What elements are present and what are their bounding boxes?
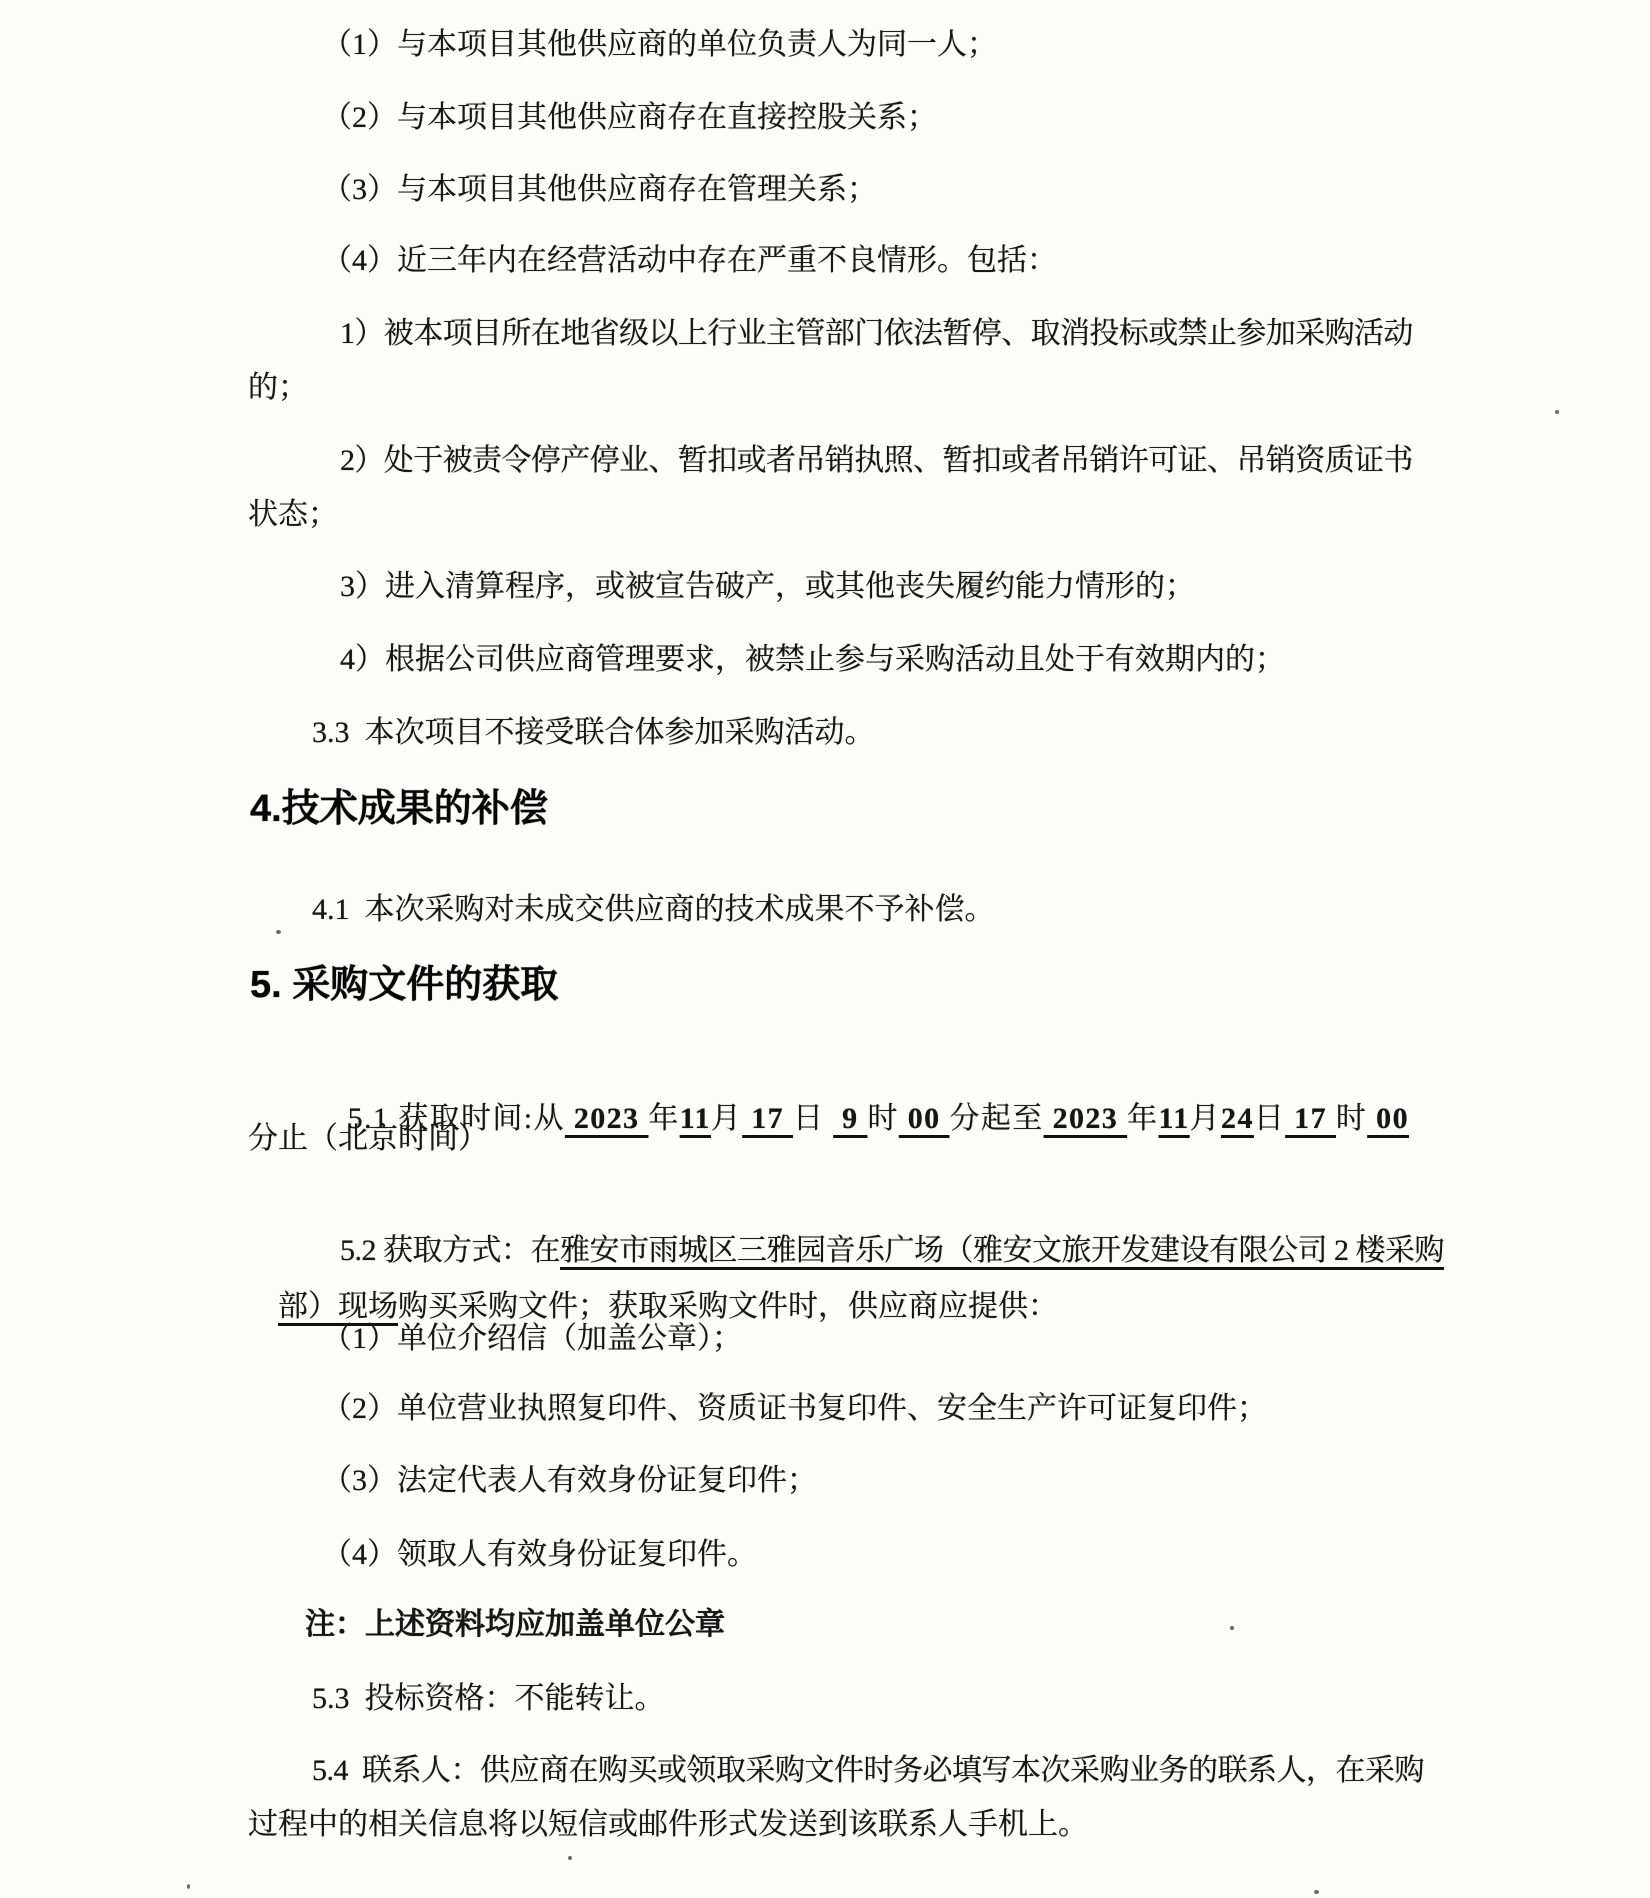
scan-speck	[276, 930, 281, 934]
clause-3-sub-item-2-line-1: 2）处于被责令停产停业、暂扣或者吊销执照、暂扣或者吊销许可证、吊销资质证书	[340, 442, 1413, 480]
blank-year-to: 2023	[1044, 1102, 1127, 1135]
blank-month-from: 11	[680, 1102, 711, 1135]
clause-3-list-item-2: （2）与本项目其他供应商存在直接控股关系；	[322, 99, 937, 137]
label-day-2: 日	[1254, 1102, 1285, 1135]
clause-5-4-line-1: 5.4 联系人：供应商在购买或领取采购文件时务必填写本次采购业务的联系人，在采购	[312, 1752, 1424, 1790]
label-month-2: 月	[1190, 1102, 1221, 1135]
scan-speck	[1230, 1626, 1234, 1630]
clause-3-sub-item-2-line-2: 状态；	[248, 496, 338, 534]
note-seal-requirement: 注：上述资料均应加盖单位公章	[305, 1606, 725, 1644]
pickup-address-underlined-cont: 部）现场	[278, 1290, 398, 1323]
clause-5-4-line-2: 过程中的相关信息将以短信或邮件形式发送到该联系人手机上。	[248, 1806, 1088, 1844]
section-heading-5: 5. 采购文件的获取	[250, 962, 558, 1008]
label-hour: 时	[867, 1102, 898, 1135]
label-month: 月	[711, 1102, 742, 1135]
clause-5-2-text-cont: 购买采购文件；获取采购文件时，供应商应提供：	[398, 1290, 1058, 1323]
blank-hour-to: 17	[1285, 1102, 1336, 1135]
blank-month-to: 11	[1158, 1102, 1189, 1135]
clause-3-list-item-1: （1）与本项目其他供应商的单位负责人为同一人；	[322, 26, 997, 64]
clause-3-list-item-3: （3）与本项目其他供应商存在管理关系；	[322, 171, 877, 209]
label-until: 分起至	[949, 1102, 1043, 1135]
document-page: （1）与本项目其他供应商的单位负责人为同一人； （2）与本项目其他供应商存在直接…	[0, 0, 1650, 1898]
clause-5-2-list-item-1: （1）单位介绍信（加盖公章）；	[322, 1320, 742, 1358]
clause-5-1-line-1: 5.1 获取时间:从 2023 年11月 17 日 9 时 00 分起至 202…	[312, 1062, 1409, 1176]
scan-speck	[568, 1856, 572, 1860]
scan-speck	[1555, 410, 1559, 414]
blank-year-from: 2023	[565, 1102, 648, 1135]
label-year: 年	[648, 1102, 679, 1135]
scan-speck	[187, 1884, 190, 1889]
clause-3-sub-item-1-line-2: 的；	[248, 369, 308, 407]
label-day: 日	[793, 1102, 833, 1135]
clause-4-1: 4.1 本次采购对未成交供应商的技术成果不予补偿。	[312, 891, 995, 929]
blank-day-from: 17	[742, 1102, 793, 1135]
blank-hour-from: 9	[833, 1102, 867, 1135]
clause-3-sub-item-4: 4）根据公司供应商管理要求，被禁止参与采购活动且处于有效期内的；	[340, 641, 1285, 679]
label-hour-2: 时	[1336, 1102, 1367, 1135]
clause-5-2-list-item-2: （2）单位营业执照复印件、资质证书复印件、安全生产许可证复印件；	[322, 1390, 1267, 1428]
clause-3-sub-item-3: 3）进入清算程序，或被宣告破产，或其他丧失履约能力情形的；	[340, 568, 1195, 606]
clause-5-1-line-2: 分止（北京时间）	[248, 1120, 488, 1158]
label-year-2: 年	[1127, 1102, 1158, 1135]
section-heading-4: 4.技术成果的补偿	[250, 786, 548, 832]
blank-day-to: 24	[1221, 1102, 1254, 1135]
clause-3-3: 3.3 本次项目不接受联合体参加采购活动。	[312, 714, 875, 752]
scan-speck	[1314, 1890, 1319, 1894]
blank-minute-to: 00	[1367, 1102, 1409, 1135]
clause-3-list-item-4: （4）近三年内在经营活动中存在严重不良情形。包括：	[322, 242, 1057, 280]
clause-5-2-list-item-3: （3）法定代表人有效身份证复印件；	[322, 1462, 817, 1500]
clause-5-2-list-item-4: （4）领取人有效身份证复印件。	[322, 1536, 757, 1574]
clause-5-3: 5.3 投标资格：不能转让。	[312, 1680, 665, 1718]
clause-3-sub-item-1-line-1: 1）被本项目所在地省级以上行业主管部门依法暂停、取消投标或禁止参加采购活动	[340, 315, 1413, 353]
blank-minute-from: 00	[899, 1102, 950, 1135]
